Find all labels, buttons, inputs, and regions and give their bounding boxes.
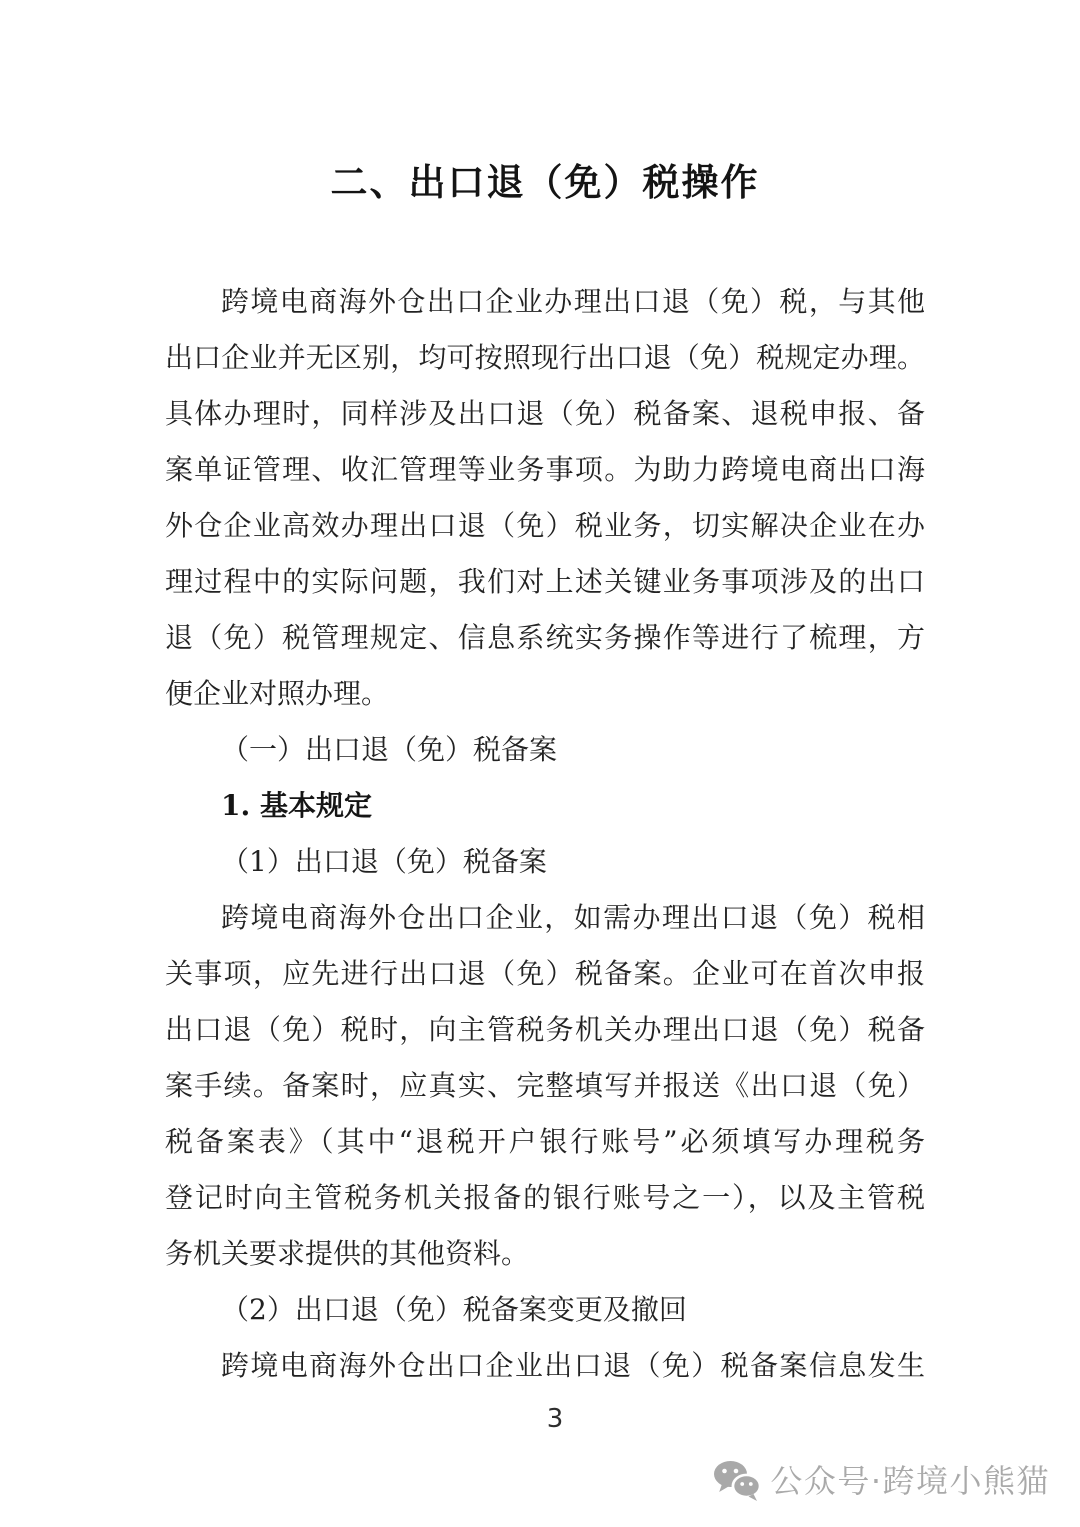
body-text: 跨境电商海外仓出口企业办理出口退（免）税，与其他出口企业并无区别，均可按照现行出… bbox=[165, 274, 925, 1394]
text-line: 跨境电商海外仓出口企业出口退（免）税备案信息发生 bbox=[165, 1338, 925, 1394]
text-line: 出口退（免）税时，向主管税务机关办理出口退（免）税备 bbox=[165, 1002, 925, 1058]
page-number: 3 bbox=[30, 1402, 1080, 1436]
text-line: 退（免）税管理规定、信息系统实务操作等进行了梳理，方 bbox=[165, 610, 925, 666]
text-line: 外仓企业高效办理出口退（免）税业务，切实解决企业在办 bbox=[165, 498, 925, 554]
text-line: 案手续。备案时，应真实、完整填写并报送《出口退（免） bbox=[165, 1058, 925, 1114]
page-title: 二、出口退（免）税操作 bbox=[165, 150, 925, 214]
watermark: 公众号·跨境小熊猫 bbox=[713, 1460, 1050, 1502]
text-line: 税备案表》（其中“退税开户银行账号”必须填写办理税务 bbox=[165, 1114, 925, 1170]
text-line: 务机关要求提供的其他资料。 bbox=[165, 1226, 925, 1282]
text-line: 跨境电商海外仓出口企业，如需办理出口退（免）税相 bbox=[165, 890, 925, 946]
text-line: 关事项，应先进行出口退（免）税备案。企业可在首次申报 bbox=[165, 946, 925, 1002]
text-line: 1. 基本规定 bbox=[165, 778, 925, 834]
text-line: 理过程中的实际问题，我们对上述关键业务事项涉及的出口 bbox=[165, 554, 925, 610]
text-line: （2）出口退（免）税备案变更及撤回 bbox=[165, 1282, 925, 1338]
text-line: （1）出口退（免）税备案 bbox=[165, 834, 925, 890]
watermark-label: 公众号·跨境小熊猫 bbox=[770, 1461, 1050, 1501]
text-line: 具体办理时，同样涉及出口退（免）税备案、退税申报、备 bbox=[165, 386, 925, 442]
document-page: 二、出口退（免）税操作 跨境电商海外仓出口企业办理出口退（免）税，与其他出口企业… bbox=[0, 0, 1080, 1527]
document-body: 二、出口退（免）税操作 跨境电商海外仓出口企业办理出口退（免）税，与其他出口企业… bbox=[165, 150, 925, 1394]
text-line: 出口企业并无区别，均可按照现行出口退（免）税规定办理。 bbox=[165, 330, 925, 386]
wechat-icon bbox=[713, 1460, 761, 1502]
text-line: 跨境电商海外仓出口企业办理出口退（免）税，与其他 bbox=[165, 274, 925, 330]
text-line: （一）出口退（免）税备案 bbox=[165, 722, 925, 778]
text-line: 便企业对照办理。 bbox=[165, 666, 925, 722]
text-line: 登记时向主管税务机关报备的银行账号之一），以及主管税 bbox=[165, 1170, 925, 1226]
text-line: 案单证管理、收汇管理等业务事项。为助力跨境电商出口海 bbox=[165, 442, 925, 498]
